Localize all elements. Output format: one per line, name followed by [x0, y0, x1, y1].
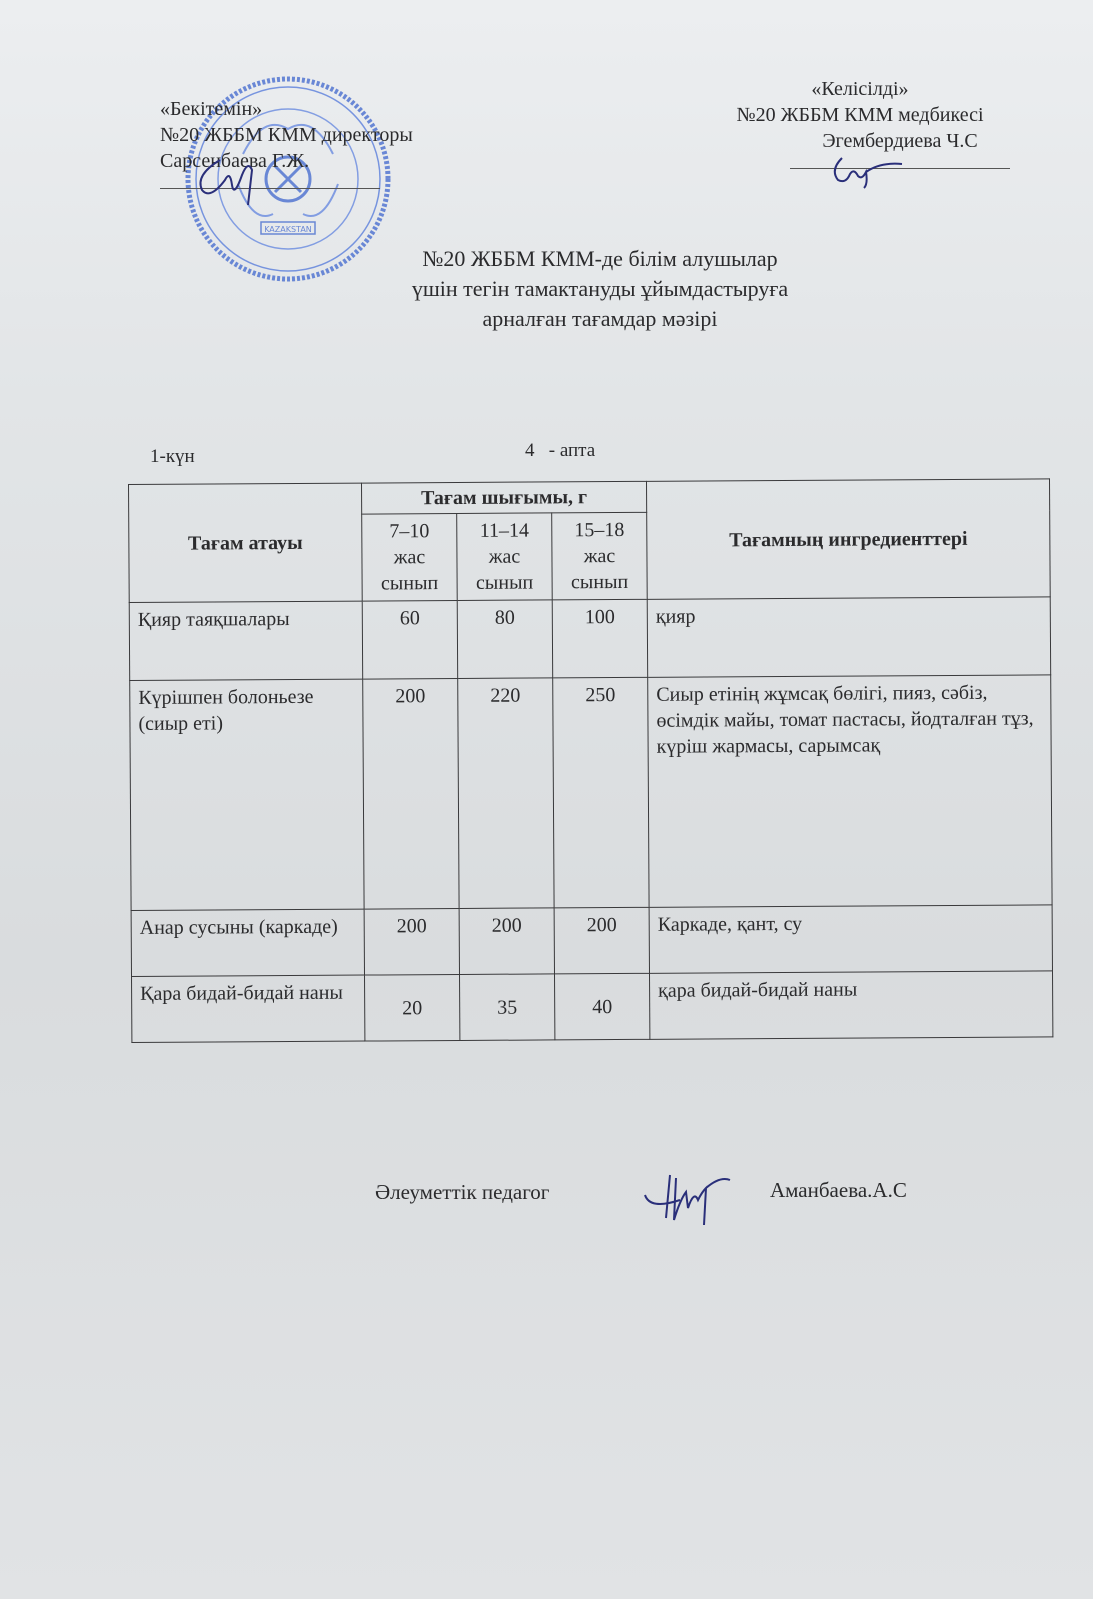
- pedagogue-signature-icon: [640, 1170, 740, 1235]
- dish-name: Қара бидай-бидай наны: [132, 975, 365, 1042]
- approval-heading: «Бекітемін»: [160, 96, 413, 122]
- ingredients: қияр: [647, 597, 1050, 677]
- header-dish-name: Тағам атауы: [129, 483, 363, 602]
- dish-name: Анар сусыны (каркаде): [131, 909, 364, 976]
- yield-11-14: 200: [459, 908, 554, 975]
- table-row: Анар сусыны (каркаде) 200 200 200 Каркад…: [131, 905, 1052, 977]
- header-ingredients-text: Тағамның ингредиенттері: [729, 527, 967, 550]
- footer-role: Әлеуметтік педагог: [375, 1180, 549, 1204]
- ingredients: Сиыр етінің жұмсақ бөлігі, пияз, сәбіз, …: [648, 675, 1052, 907]
- day-label: 1-күн: [150, 446, 195, 468]
- title-line-3: арналған тағамдар мәзірі: [220, 304, 980, 334]
- menu-table: Тағам атауы Тағам шығымы, г Тағамның инг…: [128, 478, 1053, 1043]
- table-row: Қара бидай-бидай наны 20 35 40 қара бида…: [132, 971, 1053, 1043]
- table-row: Қияр таяқшалары 60 80 100 қияр: [129, 597, 1050, 681]
- yield-11-14: 35: [460, 974, 555, 1041]
- yield-11-14: 80: [457, 600, 552, 679]
- dish-name: Күрішпен болоньезе (сиыр еті): [130, 679, 364, 910]
- yield-7-10: 200: [363, 678, 459, 909]
- yield-7-10: 200: [364, 908, 459, 975]
- footer-signature-block: Әлеуметтік педагог Аманбаева.А.С: [375, 1180, 549, 1205]
- nurse-signature-icon: [830, 150, 910, 195]
- dish-name: Қияр таяқшалары: [129, 601, 362, 680]
- header-age-15-18: 15–18 жас сынып: [552, 512, 648, 600]
- header-age-7-10: 7–10 жас сынып: [362, 513, 458, 601]
- agreement-heading: «Келісілді»: [690, 76, 1030, 102]
- yield-15-18: 200: [554, 907, 649, 974]
- header-yield: Тағам шығымы, г: [361, 481, 646, 514]
- footer-name: Аманбаева.А.С: [770, 1178, 907, 1203]
- yield-7-10: 60: [362, 600, 457, 679]
- ingredients: қара бидай-бидай наны: [649, 971, 1052, 1039]
- agreement-position: №20 ЖББМ КММ медбикесі: [690, 102, 1030, 128]
- yield-15-18: 100: [552, 599, 647, 678]
- yield-15-18: 250: [553, 677, 649, 908]
- yield-11-14: 220: [458, 678, 554, 909]
- ingredients: Каркаде, қант, су: [649, 905, 1052, 973]
- svg-text:KAZAKSTAN: KAZAKSTAN: [264, 225, 312, 234]
- table-row: Күрішпен болоньезе (сиыр еті) 200 220 25…: [130, 675, 1052, 911]
- yield-15-18: 40: [555, 973, 650, 1040]
- director-signature-icon: [190, 150, 270, 215]
- table-header-row: Тағам атауы Тағам шығымы, г Тағамның инг…: [129, 479, 1050, 516]
- header-age-11-14: 11–14 жас сынып: [457, 513, 553, 601]
- header-ingredients: Тағамның ингредиенттері: [646, 479, 1050, 599]
- yield-7-10: 20: [365, 974, 460, 1041]
- week-label: 4 - апта: [525, 440, 595, 462]
- approval-position: №20 ЖББМ КММ директоры: [160, 122, 413, 148]
